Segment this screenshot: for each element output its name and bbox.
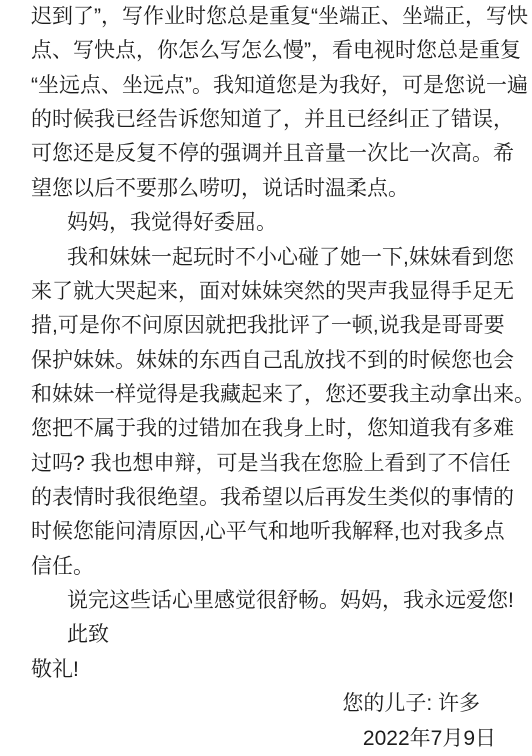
text-line: 您把不属于我的过错加在我身上时，您知道我有多难 [31,412,517,446]
text-line: 迟到了”，写作业时您总是重复“坐端正、坐端正，写快 [31,0,517,34]
text-line: 说完这些话心里感觉很舒畅。妈妈，我永远爱您! [31,584,517,618]
text-line: “坐远点、坐远点”。我知道您是为我好，可是您说一遍 [31,69,517,103]
text-line: 妈妈，我觉得好委屈。 [31,206,517,240]
text-line: 望您以后不要那么唠叨，说话时温柔点。 [31,172,517,206]
text-line: 可您还是反复不停的强调并且音量一次比一次高。希 [31,137,517,171]
text-line: 敬礼! [31,653,517,687]
text-line: 的时候我已经告诉您知道了，并且已经纠正了错误， [31,103,517,137]
text-line: 我和妹妹一起玩时不小心碰了她一下,妹妹看到您 [31,241,517,275]
text-line: 时候您能问清原因,心平气和地听我解释,也对我多点 [31,515,517,549]
text-line: 和妹妹一样觉得是我藏起来了，您还要我主动拿出来。 [31,378,517,412]
text-line: 过吗? 我也想申辩，可是当我在您脸上看到了不信任 [31,447,517,481]
text-line: 2022年7月9日 [31,722,517,756]
letter-page: 迟到了”，写作业时您总是重复“坐端正、坐端正，写快点、写快点，你怎么写怎么慢”，… [0,0,532,756]
text-line: 来了就大哭起来，面对妹妹突然的哭声我显得手足无 [31,275,517,309]
letter-body: 迟到了”，写作业时您总是重复“坐端正、坐端正，写快点、写快点，你怎么写怎么慢”，… [31,0,517,756]
text-line: 此致 [31,618,517,652]
text-line: 您的儿子: 许多 [31,687,517,721]
text-line: 保护妹妹。妹妹的东西自己乱放找不到的时候您也会 [31,344,517,378]
text-line: 措,可是你不问原因就把我批评了一顿,说我是哥哥要 [31,309,517,343]
text-line: 的表情时我很绝望。我希望以后再发生类似的事情的 [31,481,517,515]
text-line: 点、写快点，你怎么写怎么慢”，看电视时您总是重复 [31,34,517,68]
text-line: 信任。 [31,550,517,584]
